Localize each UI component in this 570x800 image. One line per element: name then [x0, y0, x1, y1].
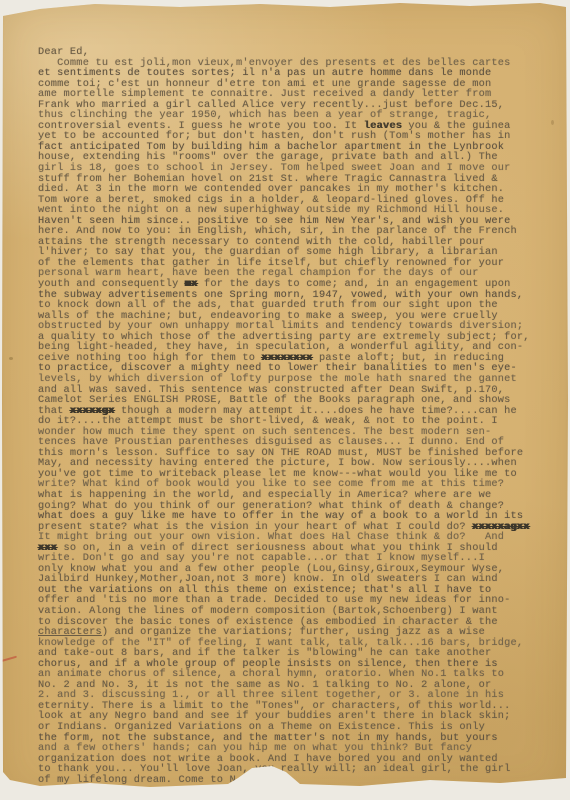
paper-speck: [551, 120, 554, 125]
paper-speck: [9, 357, 13, 360]
letter-line: levels, by which diversion of lofty purp…: [38, 374, 538, 385]
letter-line: youth and consequently mx for the days t…: [38, 279, 538, 290]
letter-line: girl is 18, goes to school in Jersey. To…: [38, 163, 538, 174]
stray-ink-mark: [0, 656, 17, 663]
letter-line: what is happening in the world, and espe…: [38, 490, 538, 501]
letter-line: vation. Along the lines of modern compos…: [38, 606, 538, 617]
letter-line: of my lifelong dream. Come to N.Y.: [38, 775, 538, 786]
letter-page: Dear Ed, Comme tu est joli,mon vieux,m'e…: [0, 0, 570, 800]
letter-body: Dear Ed, Comme tu est joli,mon vieux,m'e…: [38, 47, 538, 785]
letter-line: or Indians. Organized Variations on a Th…: [38, 722, 538, 733]
letter-line: Dear Ed,: [38, 47, 538, 58]
